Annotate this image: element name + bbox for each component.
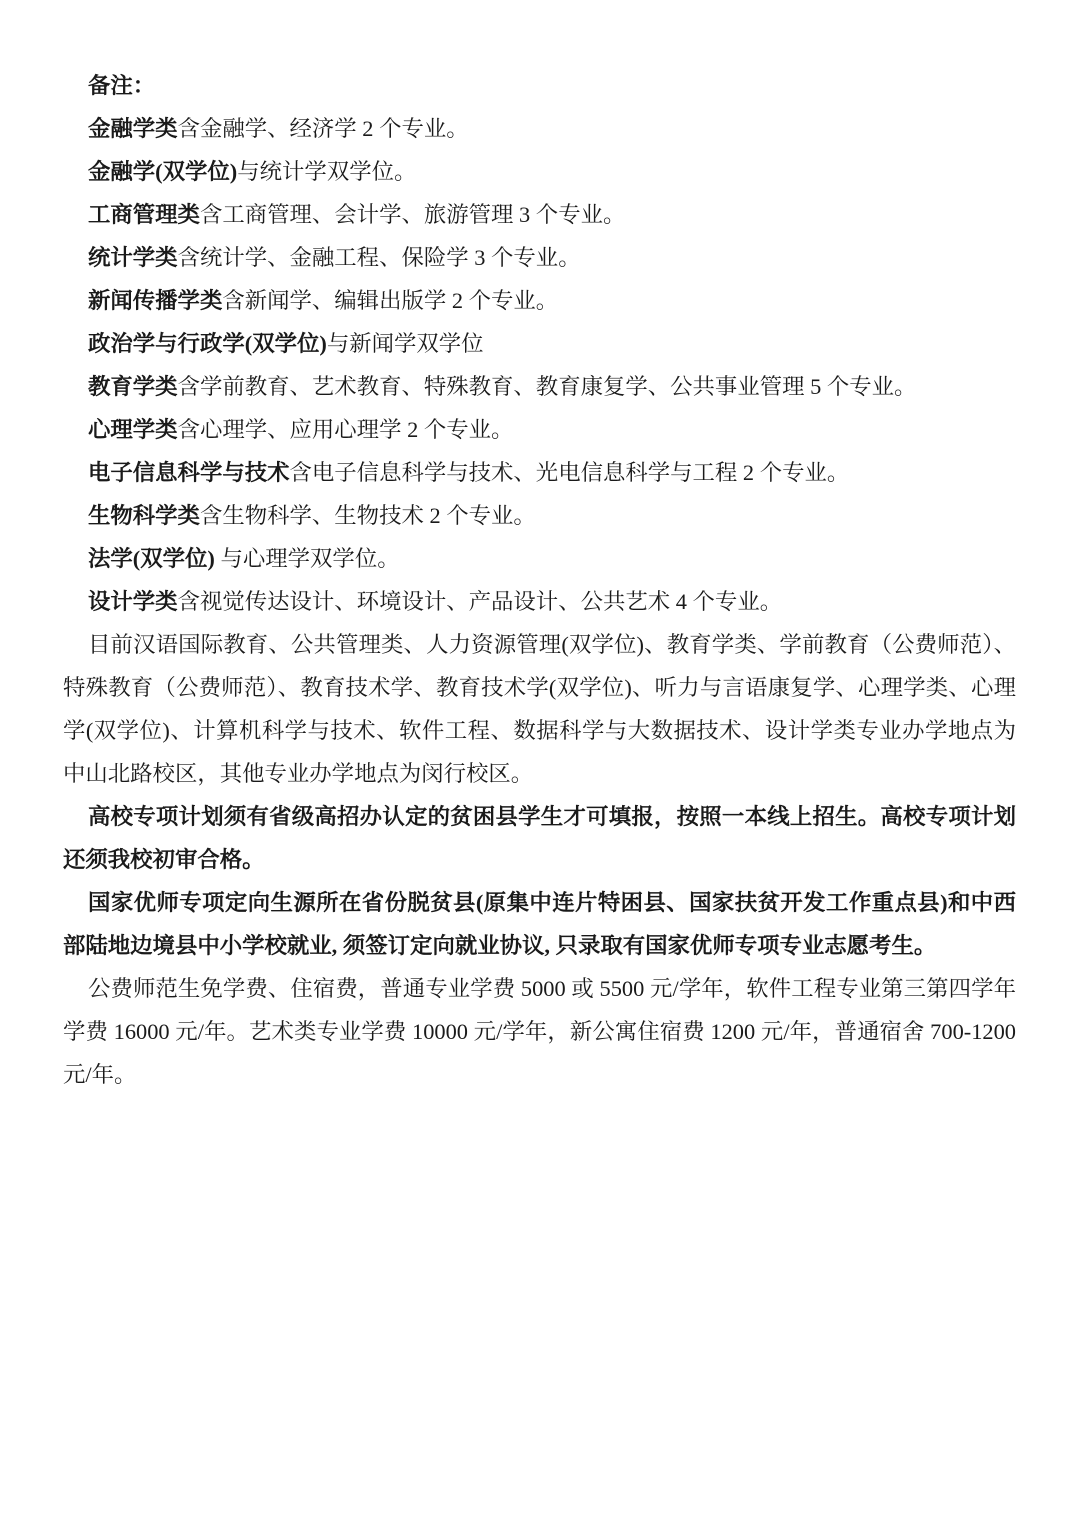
note-term: 工商管理类 [88, 202, 200, 227]
document-page: 备注： 金融学类含金融学、经济学 2 个专业。 金融学(双学位)与统计学双学位。… [0, 0, 1080, 1527]
note-description: 含生物科学、生物技术 2 个专业。 [200, 503, 536, 528]
note-term: 心理学类 [88, 417, 178, 442]
note-description: 含心理学、应用心理学 2 个专业。 [178, 417, 514, 442]
note-term: 法学(双学位) [88, 546, 215, 571]
note-item: 法学(双学位) 与心理学双学位。 [63, 537, 1016, 580]
note-item: 新闻传播学类含新闻学、编辑出版学 2 个专业。 [63, 279, 1016, 322]
page-title: 备注： [63, 64, 1016, 107]
document-content: 备注： 金融学类含金融学、经济学 2 个专业。 金融学(双学位)与统计学双学位。… [63, 64, 1016, 1096]
note-item: 心理学类含心理学、应用心理学 2 个专业。 [63, 408, 1016, 451]
note-description: 与心理学双学位。 [215, 546, 400, 571]
note-description: 含学前教育、艺术教育、特殊教育、教育康复学、公共事业管理 5 个专业。 [178, 374, 917, 399]
paragraph-gaoxiao-special-plan: 高校专项计划须有省级高招办认定的贫困县学生才可填报，按照一本线上招生。高校专项计… [63, 795, 1016, 881]
page-title-text: 备注： [88, 73, 155, 98]
note-term: 金融学类 [88, 116, 178, 141]
note-description: 含金融学、经济学 2 个专业。 [178, 116, 469, 141]
note-item: 金融学类含金融学、经济学 2 个专业。 [63, 107, 1016, 150]
note-item: 统计学类含统计学、金融工程、保险学 3 个专业。 [63, 236, 1016, 279]
note-term: 生物科学类 [88, 503, 200, 528]
note-description: 含新闻学、编辑出版学 2 个专业。 [222, 288, 558, 313]
paragraph-national-youshi-plan: 国家优师专项定向生源所在省份脱贫县(原集中连片特困县、国家扶贫开发工作重点县)和… [63, 881, 1016, 967]
note-description: 含统计学、金融工程、保险学 3 个专业。 [178, 245, 581, 270]
note-item: 政治学与行政学(双学位)与新闻学双学位 [63, 322, 1016, 365]
note-item: 生物科学类含生物科学、生物技术 2 个专业。 [63, 494, 1016, 537]
note-item: 金融学(双学位)与统计学双学位。 [63, 150, 1016, 193]
note-term: 设计学类 [88, 589, 178, 614]
note-item: 教育学类含学前教育、艺术教育、特殊教育、教育康复学、公共事业管理 5 个专业。 [63, 365, 1016, 408]
note-description: 与统计学双学位。 [237, 159, 416, 184]
note-item: 电子信息科学与技术含电子信息科学与技术、光电信息科学与工程 2 个专业。 [63, 451, 1016, 494]
note-term: 统计学类 [88, 245, 178, 270]
note-description: 含电子信息科学与技术、光电信息科学与工程 2 个专业。 [290, 460, 850, 485]
note-term: 政治学与行政学(双学位) [88, 331, 327, 356]
note-description: 含工商管理、会计学、旅游管理 3 个专业。 [200, 202, 625, 227]
note-item: 工商管理类含工商管理、会计学、旅游管理 3 个专业。 [63, 193, 1016, 236]
note-term: 金融学(双学位) [88, 159, 237, 184]
note-description: 与新闻学双学位 [327, 331, 484, 356]
paragraph-tuition-fees: 公费师范生免学费、住宿费，普通专业学费 5000 或 5500 元/学年，软件工… [63, 967, 1016, 1096]
note-term: 电子信息科学与技术 [88, 460, 290, 485]
note-description: 含视觉传达设计、环境设计、产品设计、公共艺术 4 个专业。 [178, 589, 783, 614]
note-term: 新闻传播学类 [88, 288, 222, 313]
note-item: 设计学类含视觉传达设计、环境设计、产品设计、公共艺术 4 个专业。 [63, 580, 1016, 623]
paragraph-campus-locations: 目前汉语国际教育、公共管理类、人力资源管理(双学位)、教育学类、学前教育（公费师… [63, 623, 1016, 795]
note-term: 教育学类 [88, 374, 178, 399]
